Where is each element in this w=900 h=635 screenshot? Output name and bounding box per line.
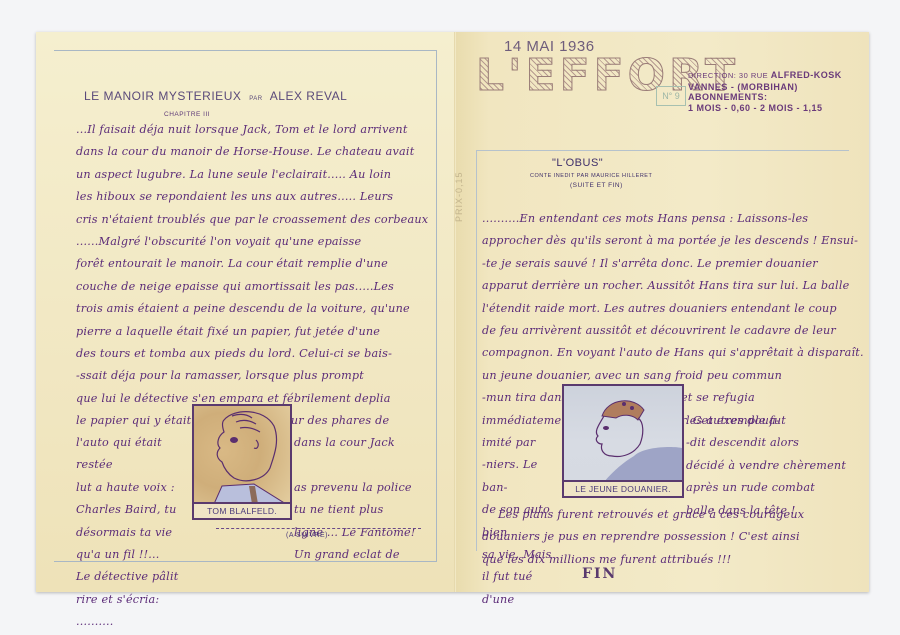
text-line: Le détective pâlit xyxy=(76,566,191,588)
text-line: forêt entourait le manoir. La cour était… xyxy=(76,253,426,275)
text-line: -te je serais sauvé ! Il s'arrêta donc. … xyxy=(482,253,842,275)
text-line: les autres doua- xyxy=(686,410,846,432)
text-line: Les plans furent retrouvés et grace à ce… xyxy=(482,504,852,526)
text-line: un aspect lugubre. La lune seule l'eclai… xyxy=(76,164,426,186)
text-line: l'étendit raide mort. Les autres douanie… xyxy=(482,298,842,320)
text-line: les hiboux se repondaient les uns aux au… xyxy=(76,186,426,208)
portrait-tom-blalfeld: TOM BLALFELD. xyxy=(192,404,292,520)
text-line: l'auto qui était restée xyxy=(76,432,191,477)
portrait-caption: TOM BLALFELD. xyxy=(194,502,290,518)
text-line: couche de neige epaisse qui amortissait … xyxy=(76,276,426,298)
left-body-text: ...Il faisait déja nuit lorsque Jack, To… xyxy=(76,119,426,433)
direction-block: DIRECTION: 30 RUE ALFRED-KOSK VANNES - (… xyxy=(688,70,842,113)
text-line xyxy=(294,454,434,476)
closing-text: Les plans furent retrouvés et grace à ce… xyxy=(482,504,852,571)
price-label: PRIX-0,15 xyxy=(454,171,464,222)
young-customs-officer-sketch-icon xyxy=(564,386,682,482)
direction-line-2: VANNES - (MORBIHAN) xyxy=(688,82,842,93)
left-page: LE MANOIR MYSTERIEUX PAR ALEX REVAL CHAP… xyxy=(36,32,456,592)
story-subtitle: CONTE INEDIT PAR MAURICE HILLERET xyxy=(530,173,652,179)
direction-line-3: ABONNEMENTS: xyxy=(688,92,842,103)
dashed-rule xyxy=(216,528,421,529)
by-label: PAR xyxy=(249,96,262,102)
end-marker: FIN xyxy=(582,566,617,582)
text-line: de feu arrivèrent aussitôt et découvrire… xyxy=(482,320,842,342)
portrait-jeune-douanier: LE JEUNE DOUANIER. xyxy=(562,384,684,498)
title-text: LE MANOIR MYSTERIEUX xyxy=(84,89,241,103)
direction-line-1: DIRECTION: 30 RUE ALFRED-KOSK xyxy=(688,70,842,82)
direction-prefix: DIRECTION: 30 RUE xyxy=(688,71,768,80)
right-page: 14 MAI 1936 L'EFFORT N° 9 DIRECTION: 30 … xyxy=(456,32,869,592)
text-line: -niers. Le ban- xyxy=(482,454,562,499)
text-line: rire et s'écria: .......... xyxy=(76,589,191,634)
text-line: Charles Baird, tu xyxy=(76,499,191,521)
text-line: as prevenu la police xyxy=(294,477,434,499)
story-title: "L'OBUS" xyxy=(552,157,603,169)
text-line: ..........En entendant ces mots Hans pen… xyxy=(482,208,842,230)
text-line: il fut tué d'une xyxy=(482,566,562,611)
text-line: que les dix millions me furent attribués… xyxy=(482,549,852,571)
text-line: cris n'étaient troublés que par le croas… xyxy=(76,209,426,231)
text-line: approcher dès qu'ils seront à ma portée … xyxy=(482,230,842,252)
text-line: qu'a un fil !!... xyxy=(76,544,191,566)
direction-line-4: 1 MOIS - 0,60 - 2 MOIS - 1,15 xyxy=(688,103,842,114)
text-line: pierre a laquelle était fixé un papier, … xyxy=(76,321,426,343)
man-profile-sketch-icon xyxy=(194,406,290,504)
story-title: LE MANOIR MYSTERIEUX PAR ALEX REVAL xyxy=(84,89,347,103)
text-line: trois amis étaient a peine descendu de l… xyxy=(76,298,426,320)
to-be-continued: (A SUIVRE) xyxy=(286,532,328,539)
text-line: compagnon. En voyant l'auto de Hans qui … xyxy=(482,342,842,364)
text-line: -ssait déja pour la ramasser, lorsque pl… xyxy=(76,365,426,387)
text-line: après un rude combat xyxy=(686,477,846,499)
text-line: dans la cour du manoir de Horse-House. L… xyxy=(76,141,426,163)
issue-number: N° 9 xyxy=(656,86,686,106)
text-line: douaniers je pus en reprendre possession… xyxy=(482,526,852,548)
text-line: Un grand eclat de xyxy=(294,544,434,566)
chapter-heading: CHAPITRE III xyxy=(164,111,210,118)
text-line: apparut derrière un rocher. Aussitôt Han… xyxy=(482,275,842,297)
text-line: lut a haute voix : xyxy=(76,477,191,499)
left-wrap-text: l'auto qui était restée lut a haute voix… xyxy=(76,432,191,634)
right-wrap-text: dans la cour Jack as prevenu la police t… xyxy=(294,432,434,566)
text-line: ......Malgré l'obscurité l'on voyait qu'… xyxy=(76,231,426,253)
text-line: décidé à vendre chèrement xyxy=(686,455,846,477)
text-line: tu ne tient plus xyxy=(294,499,434,521)
text-line: ...Il faisait déja nuit lorsque Jack, To… xyxy=(76,119,426,141)
portrait-caption: LE JEUNE DOUANIER. xyxy=(564,480,682,496)
manuscript-sheet: LE MANOIR MYSTERIEUX PAR ALEX REVAL CHAP… xyxy=(36,32,869,592)
author-name: ALEX REVAL xyxy=(270,89,347,103)
text-line: -dit descendit alors xyxy=(686,432,846,454)
text-line: désormais ta vie xyxy=(76,522,191,544)
story-part: (SUITE ET FIN) xyxy=(570,182,623,189)
direction-street: ALFRED-KOSK xyxy=(771,70,842,80)
text-line: imité par xyxy=(482,432,562,454)
text-line: dans la cour Jack xyxy=(294,432,434,454)
text-line: des tours et tomba aux pieds du lord. Ce… xyxy=(76,343,426,365)
